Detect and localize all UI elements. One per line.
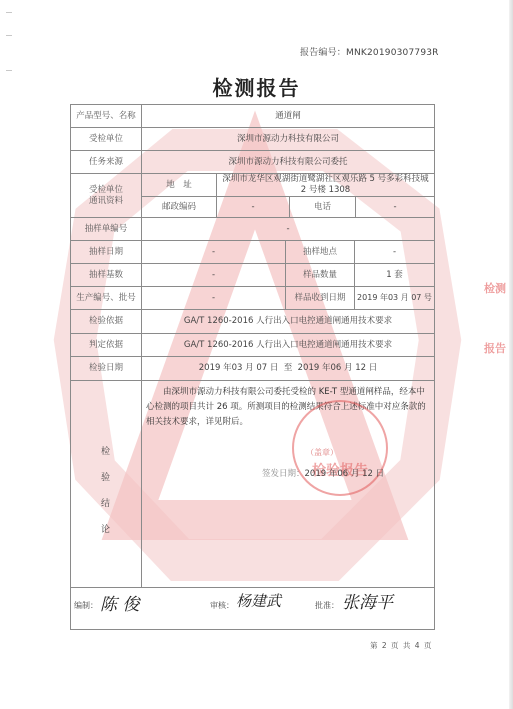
conclusion-label-char: 论 (101, 522, 110, 535)
contact-label-line1: 受检单位 (89, 185, 123, 196)
postcode-label: 邮政编码 (141, 196, 217, 218)
side-seal-fragment: 报告 (484, 340, 506, 356)
sample-received-date-label: 样品收到日期 (285, 286, 355, 310)
inspection-basis-value: GA/T 1260-2016 人行出入口电控通道闸通用技术要求 (141, 309, 435, 334)
task-source-value: 深圳市源动力科技有限公司委托 (141, 150, 435, 174)
margin-tick (6, 12, 12, 13)
inspected-unit-label: 受检单位 (70, 127, 142, 151)
conclusion-label-char: 结 (101, 496, 110, 509)
contact-label: 受检单位 通讯资料 (70, 173, 142, 218)
inspection-date-label: 检验日期 (70, 356, 142, 381)
product-value: 通道闸 (141, 104, 435, 128)
judgment-basis-value: GA/T 1260-2016 人行出入口电控通道闸通用技术要求 (141, 333, 435, 357)
inspection-basis-label: 检验依据 (70, 309, 142, 334)
judgment-basis-label: 判定依据 (70, 333, 142, 357)
phone-label: 电话 (289, 196, 356, 218)
sampling-date-value: - (141, 240, 286, 264)
side-seal-fragment: 检测 (484, 280, 506, 296)
reviewed-by-label: 审核： (210, 600, 234, 611)
scan-edge (509, 0, 513, 709)
conclusion-label-char: 验 (101, 470, 110, 483)
sampling-base-value: - (141, 263, 286, 287)
issue-date-value: 2019 年06 月 12 日 (305, 469, 385, 479)
compiled-by-signature: 陈 俊 (100, 590, 139, 615)
sample-received-date-value: 2019 年03 月 07 号 (354, 286, 435, 310)
inspection-date-value: 2019 年03 月 07 日 至 2019 年06 月 12 日 (141, 356, 435, 381)
page-number: 第 2 页 共 4 页 (370, 640, 432, 651)
seal-note: （盖章） (306, 447, 338, 458)
margin-tick (6, 70, 12, 71)
address-value: 深圳市龙华区观湖街道鹭湖社区观乐路 5 号多彩科技城 2 号楼 1308 (216, 173, 435, 197)
sample-sheet-no-label: 抽样单编号 (70, 217, 142, 241)
compiled-by-label: 编制： (74, 600, 98, 611)
conclusion-text: 由深圳市源动力科技有限公司委托受检的 KE-T 型通道闸样品，经本中心检测的项目… (146, 385, 430, 430)
conclusion-label-cell (70, 380, 142, 588)
sampling-location-value: - (354, 240, 435, 264)
approved-by-label: 批准： (315, 600, 339, 611)
sampling-location-label: 抽样地点 (285, 240, 355, 264)
production-no-label: 生产编号、批号 (70, 286, 142, 310)
phone-value: - (355, 196, 435, 218)
sampling-base-label: 抽样基数 (70, 263, 142, 287)
contact-label-line2: 通讯资料 (89, 196, 123, 207)
margin-tick (6, 35, 12, 36)
page-title: 检测报告 (0, 72, 513, 101)
sample-quantity-label: 样品数量 (285, 263, 355, 287)
sample-sheet-no-value: - (141, 217, 435, 241)
postcode-value: - (216, 196, 290, 218)
reviewed-by-signature: 杨建武 (236, 590, 281, 611)
issue-date-label: 签发日期： (262, 469, 305, 479)
product-label: 产品型号、名称 (70, 104, 142, 128)
report-number: 报告编号：MNK20190307793R (300, 45, 439, 58)
inspected-unit-value: 深圳市源动力科技有限公司 (141, 127, 435, 151)
issue-date: 签发日期：2019 年06 月 12 日 (262, 467, 384, 479)
conclusion-label-char: 检 (101, 444, 110, 457)
approved-by-signature: 张海平 (342, 588, 393, 613)
production-no-value: - (141, 286, 286, 310)
sampling-date-label: 抽样日期 (70, 240, 142, 264)
address-label: 地 址 (141, 173, 217, 197)
task-source-label: 任务来源 (70, 150, 142, 174)
sample-quantity-value: 1 套 (354, 263, 435, 287)
